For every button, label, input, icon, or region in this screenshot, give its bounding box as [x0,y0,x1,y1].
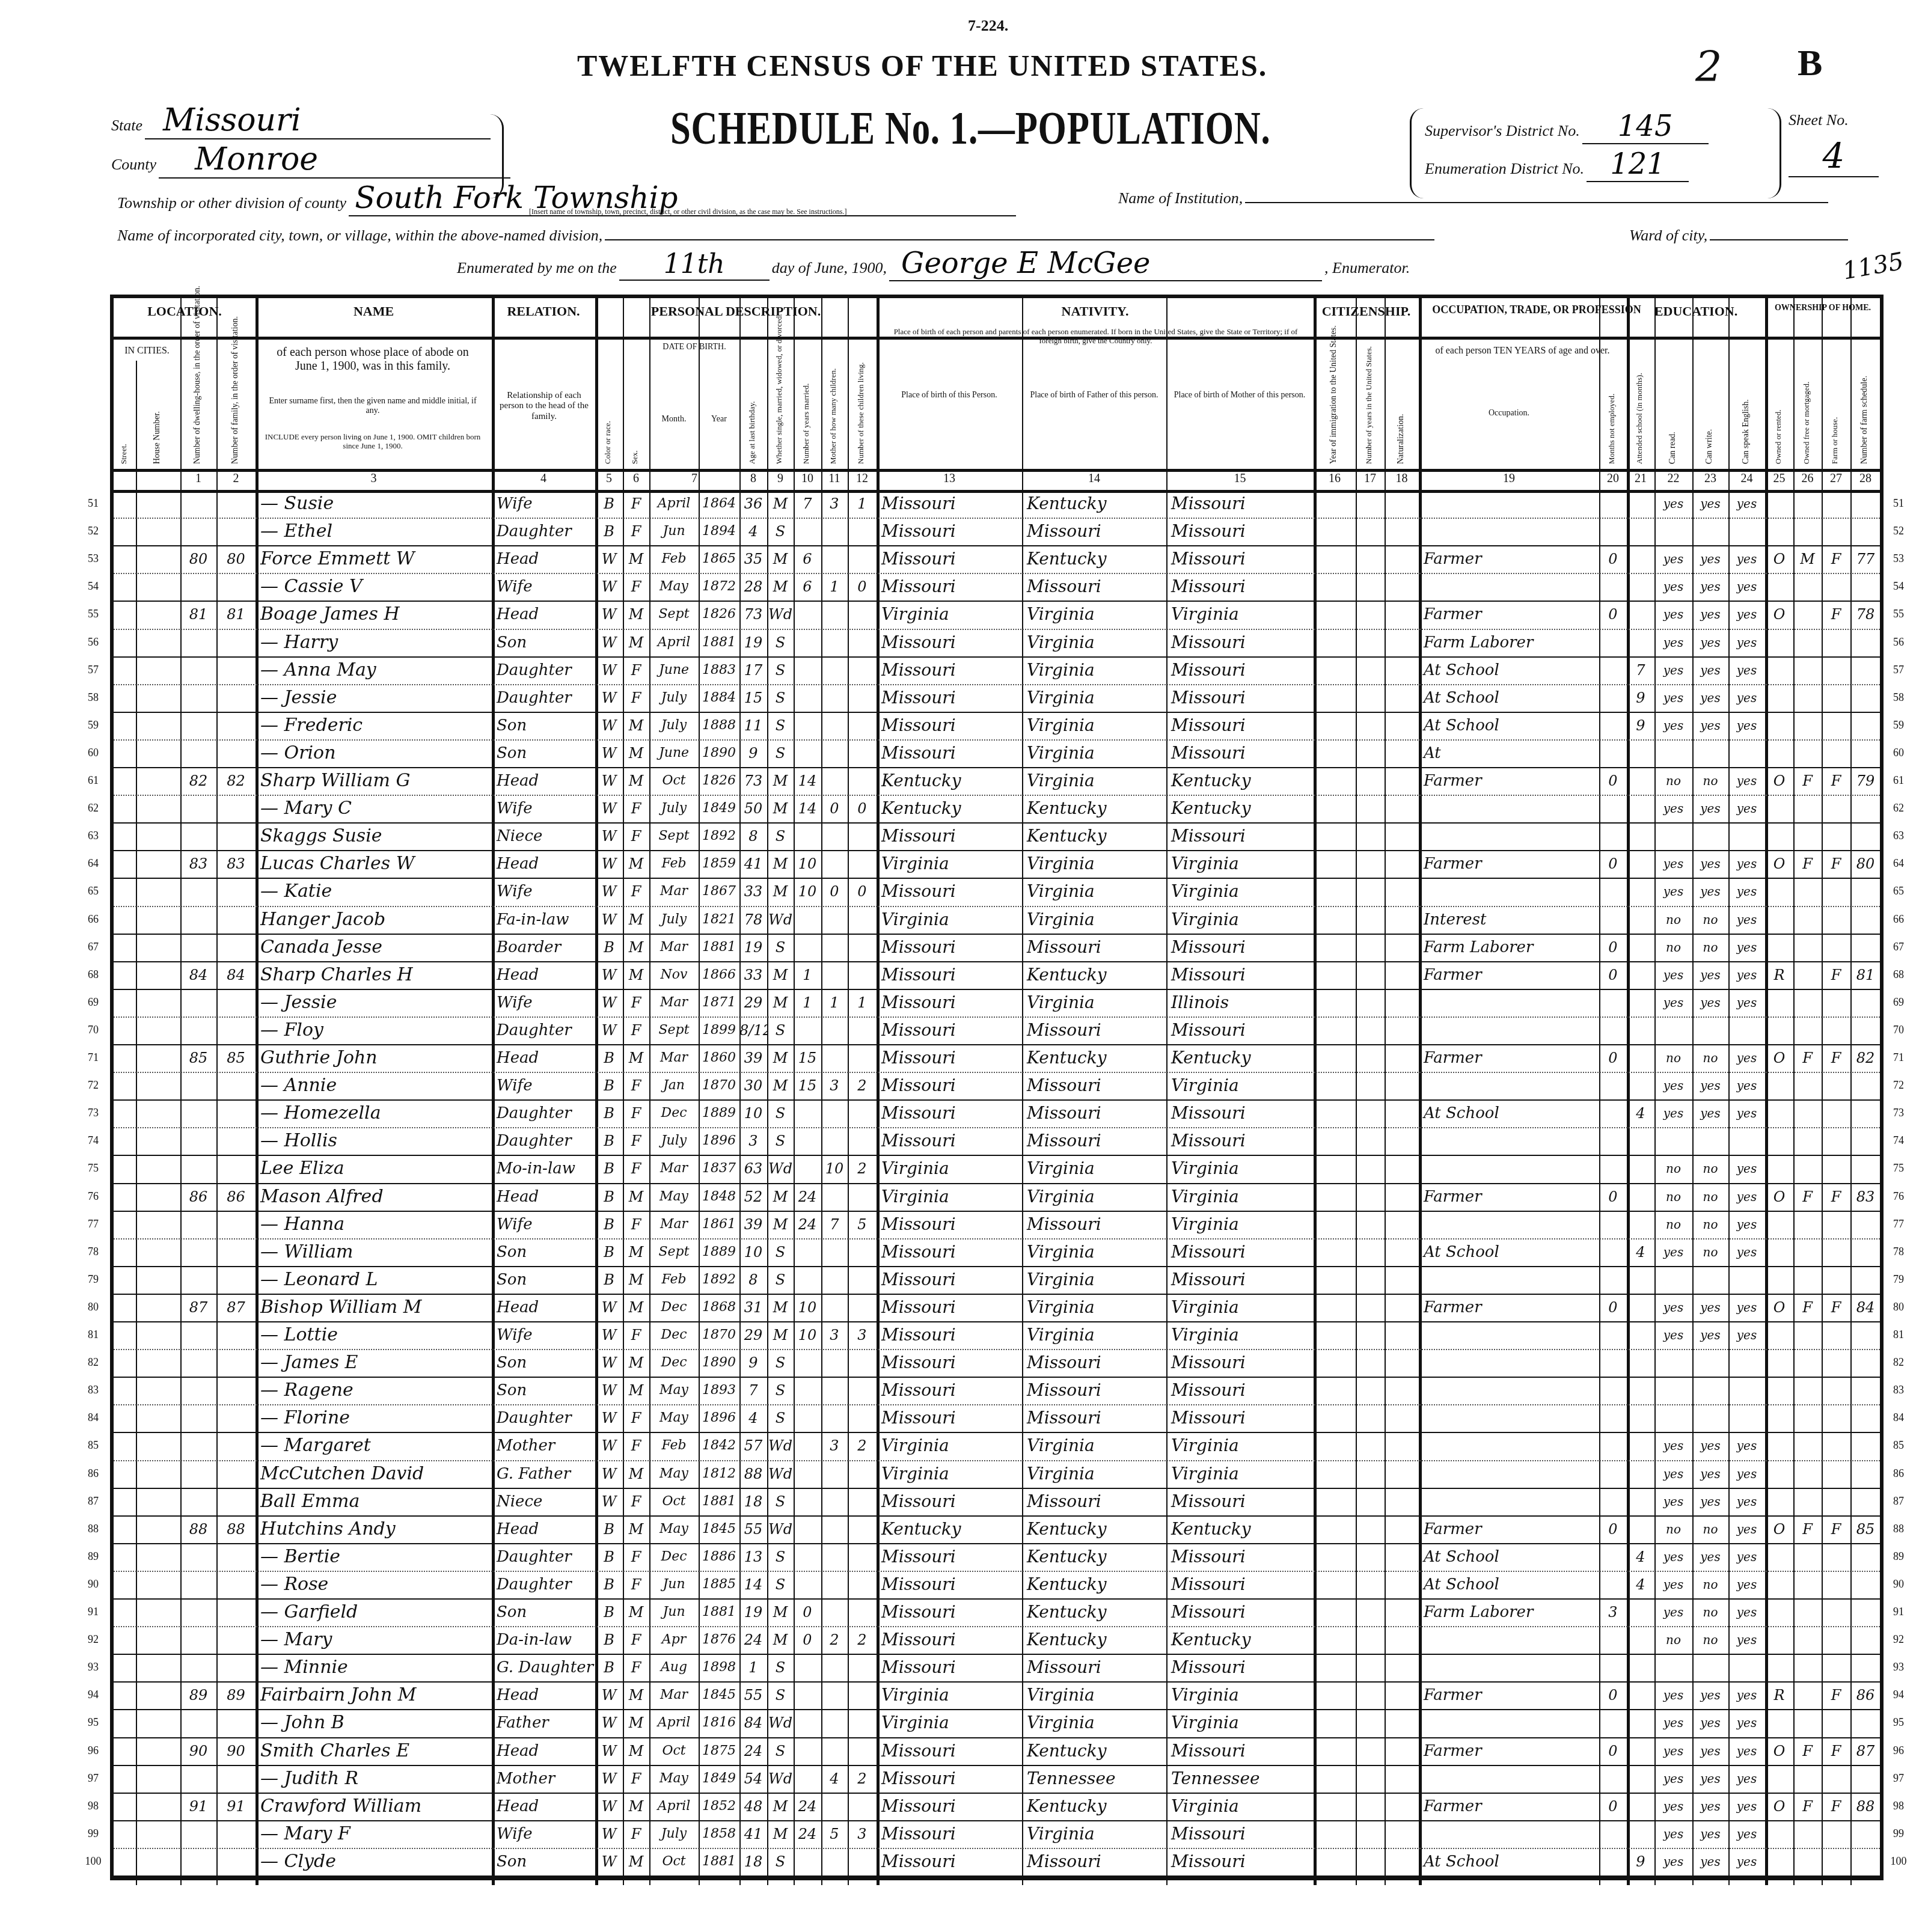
cell-dwelling [180,1598,216,1626]
line-number: 63 [1887,830,1911,842]
table-row[interactable]: 9090Smith Charles EHeadWMOct187524SMisso… [114,1737,1880,1765]
cell-farm [1822,1072,1850,1099]
table-row[interactable]: — Mary CWifeWFJuly184950M1400KentuckyKen… [114,795,1880,822]
enumerated-prefix: Enumerated by me on the [457,259,617,277]
cell-relation: Daughter [492,1404,595,1432]
cell-dwelling [180,1488,216,1515]
cell-color: B [595,1626,623,1654]
cell-read: yes [1654,656,1692,684]
cell-year: 1896 [699,1404,739,1432]
cell-unemployed: 0 [1599,850,1627,878]
table-row[interactable]: 8787Bishop William MHeadWMDec186831M10Mi… [114,1294,1880,1321]
line-number: 84 [1887,1411,1911,1424]
table-row[interactable]: 8686Mason AlfredHeadBMMay184852M24Virgin… [114,1183,1880,1211]
cell-occupation: At School [1419,656,1599,684]
table-row[interactable]: 8484Sharp Charles HHeadWMNov186633M1Miss… [114,961,1880,989]
cell-age: 57 [739,1432,767,1460]
table-row[interactable]: — Cassie VWifeWFMay187228M610MissouriMis… [114,573,1880,601]
cell-relation: Wife [492,490,595,518]
cell-age: 9 [739,1349,767,1377]
cell-color: B [595,1571,623,1598]
cell-name: Sharp William G [256,767,492,795]
cell-sex: F [623,1099,649,1127]
cell-dwelling [180,1543,216,1571]
enumeration-value[interactable]: 121 [1587,147,1689,182]
cell-occupation [1419,1709,1599,1737]
cell-sex: M [623,1709,649,1737]
cell-write: no [1692,934,1728,961]
cell-dwelling: 89 [180,1681,216,1709]
cell-write: no [1692,1626,1728,1654]
cell-own [1765,1765,1793,1793]
cell-color: B [595,1598,623,1626]
cell-own [1765,712,1793,739]
cell-pob: Missouri [877,1626,1022,1654]
cell-pob-mother: Kentucky [1166,767,1314,795]
line-number: 80 [81,1301,105,1313]
cell-read: yes [1654,1432,1692,1460]
cell-pob-father: Missouri [1022,1016,1166,1044]
table-row[interactable]: Hanger JacobFa-in-lawWMJuly182178WdVirgi… [114,906,1880,934]
cell-school [1627,1765,1654,1793]
cell-family: 88 [216,1515,256,1543]
table-row[interactable]: — FredericSonWMJuly188811SMissouriVirgin… [114,712,1880,739]
cell-age: 73 [739,767,767,795]
cell-mortgage [1793,989,1822,1016]
cell-yrs-married [794,629,821,656]
table-row[interactable]: — AnnieWifeBFJan187030M1532MissouriMisso… [114,1072,1880,1099]
pob-mother-label: Place of birth of Mother of this person. [1169,391,1311,400]
cell-own [1765,1404,1793,1432]
cell-dwelling [180,490,216,518]
cell-own [1765,1654,1793,1681]
cell-color: W [595,906,623,934]
line-number: 54 [1887,580,1911,593]
cell-mortgage [1793,518,1822,545]
cell-read: yes [1654,1571,1692,1598]
cell-age: 18 [739,1848,767,1875]
column-group-occupation: OCCUPATION, TRADE, OR PROFESSION [1419,304,1654,316]
line-number: 61 [81,774,105,787]
cell-pob-father: Virginia [1022,1460,1166,1488]
table-row[interactable]: — ClydeSonWMOct188118SMissouriMissouriMi… [114,1848,1880,1875]
cell-pob-father: Virginia [1022,1321,1166,1349]
table-row[interactable]: — Leonard LSonBMFeb18928SMissouriVirgini… [114,1266,1880,1294]
table-row[interactable]: — James ESonWMDec18909SMissouriMissouriM… [114,1349,1880,1377]
table-row[interactable]: Lee ElizaMo-in-lawBFMar183763Wd102Virgin… [114,1155,1880,1182]
cell-own [1765,1072,1793,1099]
cell-month: July [649,712,699,739]
cell-mortgage [1793,822,1822,850]
cell-living [848,934,877,961]
cell-age: 9 [739,739,767,767]
column-number: 24 [1728,472,1765,486]
cell-color: B [595,490,623,518]
cell-schedule [1850,1266,1881,1294]
table-row[interactable]: — John BFatherWMApril181684WdVirginiaVir… [114,1709,1880,1737]
cell-color: W [595,795,623,822]
line-number: 70 [81,1024,105,1036]
column-number: 18 [1385,472,1419,486]
table-row[interactable]: 8989Fairbairn John MHeadWMMar184555SVirg… [114,1681,1880,1709]
cell-write [1692,518,1728,545]
cell-color: B [595,1238,623,1266]
cell-dwelling [180,684,216,712]
cell-year: 1890 [699,1349,739,1377]
cell-schedule: 78 [1850,601,1881,628]
cell-month: Feb [649,1432,699,1460]
county-value[interactable]: Monroe [159,141,510,179]
cell-farm: F [1822,1183,1850,1211]
cell-pob-mother: Virginia [1166,878,1314,905]
cell-sex: M [623,767,649,795]
cell-family: 80 [216,545,256,573]
cell-read [1654,1349,1692,1377]
table-row[interactable]: — KatieWifeWFMar186733M1000MissouriVirgi… [114,878,1880,905]
line-number: 99 [81,1827,105,1840]
cell-pob-mother: Virginia [1166,1321,1314,1349]
table-row[interactable]: — WilliamSonBMSept188910SMissouriVirgini… [114,1238,1880,1266]
cell-year: 1821 [699,906,739,934]
line-number: 89 [81,1550,105,1563]
cell-own: O [1765,1183,1793,1211]
cell-marital: Wd [767,1155,794,1182]
cell-marital: M [767,1211,794,1238]
line-number: 64 [1887,857,1911,870]
line-number: 94 [81,1689,105,1701]
table-row[interactable]: — HannaWifeBFMar186139M2475MissouriMisso… [114,1211,1880,1238]
cell-farm [1822,1488,1850,1515]
enumerated-day[interactable]: 11th [619,249,770,281]
column-group-relation: RELATION. [492,304,595,319]
cell-mortgage [1793,1377,1822,1404]
cell-pob-mother: Missouri [1166,822,1314,850]
cell-unemployed [1599,1488,1627,1515]
cell-english: yes [1728,767,1765,795]
table-row[interactable]: Skaggs SusieNieceWFSept18928SMissouriKen… [114,822,1880,850]
cell-unemployed: 0 [1599,1793,1627,1820]
cell-read: yes [1654,1737,1692,1765]
cell-occupation: Farmer [1419,1183,1599,1211]
cell-month: Jun [649,518,699,545]
cell-school [1627,1737,1654,1765]
ward-value[interactable] [1710,224,1848,240]
table-row[interactable]: — RoseDaughterBFJun188514SMissouriKentuc… [114,1571,1880,1598]
enumerator-name[interactable]: George E McGee [889,246,1322,281]
cell-pob: Virginia [877,1460,1022,1488]
cell-own: O [1765,1515,1793,1543]
cell-english: yes [1728,1044,1765,1072]
table-row[interactable]: Canada JesseBoarderBMMar188119SMissouriM… [114,934,1880,961]
cell-pob-father: Kentucky [1022,1044,1166,1072]
cell-mother-of: 3 [821,1072,848,1099]
cell-family [216,656,256,684]
cell-farm: F [1822,545,1850,573]
cell-color: B [595,1044,623,1072]
cell-marital: S [767,1848,794,1875]
cell-write [1692,1016,1728,1044]
table-row[interactable]: — HarrySonWMApril188119SMissouriVirginia… [114,629,1880,656]
township-note: [Insert name of township, town, precinct… [529,207,847,216]
table-row[interactable]: — Mary FWifeWFJuly185841M2453MissouriVir… [114,1820,1880,1848]
cell-yrs-married: 24 [794,1183,821,1211]
cell-occupation: At School [1419,712,1599,739]
cell-family [216,1349,256,1377]
cell-read: no [1654,906,1692,934]
table-row[interactable]: — RageneSonWMMay18937SMissouriMissouriMi… [114,1377,1880,1404]
cell-marital: S [767,656,794,684]
cell-month: June [649,739,699,767]
cell-schedule [1850,934,1881,961]
cell-read: yes [1654,490,1692,518]
table-row[interactable]: 8282Sharp William GHeadWMOct182673M14Ken… [114,767,1880,795]
cell-read: yes [1654,1598,1692,1626]
cell-schedule [1850,629,1881,656]
vertical-header-family: Number of family, in the order of visita… [231,385,240,464]
cell-mother-of: 3 [821,490,848,518]
cell-pob-father: Virginia [1022,1820,1166,1848]
cell-mother-of [821,656,848,684]
line-number: 80 [1887,1301,1911,1313]
cell-month: May [649,1765,699,1793]
cell-schedule [1850,1543,1881,1571]
cell-farm [1822,1404,1850,1432]
cell-occupation [1419,1432,1599,1460]
cell-mortgage [1793,934,1822,961]
cell-relation: Son [492,1598,595,1626]
column-number: 3 [256,472,492,486]
cell-pob-mother: Missouri [1166,1238,1314,1266]
table-row[interactable]: 8888Hutchins AndyHeadBMMay184555WdKentuc… [114,1515,1880,1543]
pob-father-label: Place of birth of Father of this person. [1024,391,1164,400]
cell-yrs-married: 7 [794,490,821,518]
table-row[interactable]: — MaryDa-in-lawBFApr187624M022MissouriKe… [114,1626,1880,1654]
cell-pob-mother: Kentucky [1166,1044,1314,1072]
cell-farm: F [1822,601,1850,628]
cell-own [1765,1016,1793,1044]
cell-english: yes [1728,1820,1765,1848]
cell-schedule: 83 [1850,1183,1881,1211]
cell-age: 55 [739,1515,767,1543]
cell-mother-of [821,1127,848,1155]
cell-pob: Missouri [877,712,1022,739]
cell-color: B [595,1155,623,1182]
table-row[interactable]: — MargaretMotherWFFeb184257Wd32VirginiaV… [114,1432,1880,1460]
cell-month: Oct [649,1737,699,1765]
cell-mortgage [1793,1848,1822,1875]
table-row[interactable]: — SusieWifeBFApril186436M731MissouriKent… [114,490,1880,518]
cell-yrs-married: 14 [794,795,821,822]
cell-occupation [1419,490,1599,518]
cell-yrs-married [794,1238,821,1266]
cell-dwelling [180,712,216,739]
table-row[interactable]: Ball EmmaNieceWFOct188118SMissouriMissou… [114,1488,1880,1515]
cell-english: yes [1728,1321,1765,1349]
cell-school [1627,795,1654,822]
cell-family [216,518,256,545]
cell-living [848,1460,877,1488]
table-row[interactable]: — OrionSonWMJune18909SMissouriVirginiaMi… [114,739,1880,767]
cell-age: 52 [739,1183,767,1211]
cell-occupation: Farmer [1419,961,1599,989]
cell-school [1627,1404,1654,1432]
table-row[interactable]: — JessieDaughterWFJuly188415SMissouriVir… [114,684,1880,712]
cell-occupation [1419,518,1599,545]
cell-year: 1889 [699,1099,739,1127]
cell-age: 35 [739,545,767,573]
table-row[interactable]: — EthelDaughterBFJun18944SMissouriMissou… [114,518,1880,545]
cell-yrs-married: 0 [794,1598,821,1626]
cell-marital: M [767,1793,794,1820]
cell-age: 18 [739,1488,767,1515]
cell-mother-of: 5 [821,1820,848,1848]
cell-month: April [649,1793,699,1820]
cell-farm: F [1822,1044,1850,1072]
supervisor-value[interactable]: 145 [1582,109,1709,144]
cell-age: 41 [739,850,767,878]
table-row[interactable]: — Anna MayDaughterWFJune188317SMissouriV… [114,656,1880,684]
table-row[interactable]: 8585Guthrie JohnHeadBMMar186039M15Missou… [114,1044,1880,1072]
cell-marital: Wd [767,1515,794,1543]
table-row[interactable]: — FlorineDaughterWFMay18964SMissouriMiss… [114,1404,1880,1432]
cell-occupation: Farmer [1419,850,1599,878]
cell-year: 1848 [699,1183,739,1211]
table-row[interactable]: — HollisDaughterBFJuly18963SMissouriMiss… [114,1127,1880,1155]
cell-family [216,1460,256,1488]
cell-school [1627,1820,1654,1848]
cell-age: 33 [739,961,767,989]
line-number: 81 [81,1328,105,1341]
cell-sex: F [623,1211,649,1238]
cell-pob-mother: Missouri [1166,1404,1314,1432]
cell-marital: Wd [767,1460,794,1488]
cell-school [1627,1266,1654,1294]
cell-occupation [1419,573,1599,601]
table-row[interactable]: — GarfieldSonBMJun188119M0MissouriKentuc… [114,1598,1880,1626]
cell-month: Sept [649,822,699,850]
state-value[interactable]: Missouri [145,102,491,139]
cell-sex: F [623,1820,649,1848]
cell-read: yes [1654,795,1692,822]
cell-farm [1822,573,1850,601]
table-row[interactable]: — MinnieG. DaughterBFAug18981SMissouriMi… [114,1654,1880,1681]
table-row[interactable]: — Judith RMotherWFMay184954Wd42MissouriT… [114,1765,1880,1793]
cell-school [1627,1127,1654,1155]
cell-relation: Son [492,1238,595,1266]
line-number: 79 [1887,1273,1911,1286]
cell-mortgage: F [1793,1793,1822,1820]
cell-farm [1822,906,1850,934]
cell-pob-mother: Missouri [1166,1820,1314,1848]
line-number: 55 [81,608,105,620]
line-number: 60 [1887,747,1911,759]
cell-dwelling: 82 [180,767,216,795]
cell-living [848,1238,877,1266]
table-row[interactable]: 9191Crawford WilliamHeadWMApril185248M24… [114,1793,1880,1820]
cell-pob: Kentucky [877,767,1022,795]
cell-dwelling: 84 [180,961,216,989]
cell-marital: M [767,989,794,1016]
line-number: 88 [81,1523,105,1535]
cell-mortgage [1793,1099,1822,1127]
cell-schedule [1850,739,1881,767]
city-value[interactable] [605,224,1434,240]
cell-farm [1822,1349,1850,1377]
cell-write: yes [1692,1681,1728,1709]
cell-name: — Harry [256,629,492,656]
cell-sex: M [623,1044,649,1072]
table-row[interactable]: — HomezellaDaughterBFDec188910SMissouriM… [114,1099,1880,1127]
line-number: 96 [81,1744,105,1757]
cell-year: 1892 [699,822,739,850]
cell-english: yes [1728,490,1765,518]
table-row[interactable]: McCutchen DavidG. FatherWMMay181288WdVir… [114,1460,1880,1488]
relation-description: Relationship of each person to the head … [499,391,589,422]
cell-month: July [649,684,699,712]
cell-farm: F [1822,1515,1850,1543]
cell-write: no [1692,1571,1728,1598]
cell-marital: S [767,1681,794,1709]
cell-marital: S [767,822,794,850]
cell-relation: Daughter [492,1016,595,1044]
cell-pob: Virginia [877,1155,1022,1182]
table-row[interactable]: — BertieDaughterBFDec188613SMissouriKent… [114,1543,1880,1571]
cell-year: 1888 [699,712,739,739]
table-row[interactable]: — JessieWifeWFMar187129M111MissouriVirgi… [114,989,1880,1016]
cell-yrs-married [794,1099,821,1127]
cell-schedule [1850,1488,1881,1515]
cell-read: yes [1654,545,1692,573]
table-row[interactable]: 8181Boage James HHeadWMSept182673WdVirgi… [114,601,1880,628]
cell-farm [1822,878,1850,905]
cell-yrs-married: 6 [794,573,821,601]
cell-name: Boage James H [256,601,492,628]
cell-relation: Son [492,712,595,739]
table-row[interactable]: — LottieWifeWFDec187029M1033MissouriVirg… [114,1321,1880,1349]
cell-name: — Leonard L [256,1266,492,1294]
table-row[interactable]: 8383Lucas Charles WHeadWMFeb185941M10Vir… [114,850,1880,878]
cell-dwelling [180,1072,216,1099]
cell-living [848,1709,877,1737]
cell-pob-mother: Missouri [1166,629,1314,656]
cell-color: W [595,1820,623,1848]
table-row[interactable]: 8080Force Emmett WHeadWMFeb186535M6Misso… [114,545,1880,573]
cell-write: yes [1692,850,1728,878]
line-number: 99 [1887,1827,1911,1840]
cell-farm [1822,1571,1850,1598]
cell-marital: S [767,1349,794,1377]
cell-yrs-married [794,934,821,961]
institution-value[interactable] [1245,186,1828,203]
table-row[interactable]: — FloyDaughterWFSept18998/12SMissouriMis… [114,1016,1880,1044]
occupation-sub-label: Occupation. [1422,409,1596,418]
cell-living [848,1654,877,1681]
cell-english [1728,1127,1765,1155]
cell-occupation [1419,1127,1599,1155]
cell-age: 4 [739,518,767,545]
cell-write: yes [1692,1820,1728,1848]
cell-color: W [595,1016,623,1044]
cell-pob-father: Virginia [1022,989,1166,1016]
cell-sex: F [623,1072,649,1099]
cell-relation: Head [492,545,595,573]
sheet-value[interactable]: 4 [1789,135,1879,177]
cell-dwelling [180,1238,216,1266]
cell-english [1728,1016,1765,1044]
vertical-header-english: Can speak English. [1742,346,1751,464]
cell-farm: F [1822,1737,1850,1765]
vertical-header-immig: Year of immigration to the United States… [1329,346,1338,464]
